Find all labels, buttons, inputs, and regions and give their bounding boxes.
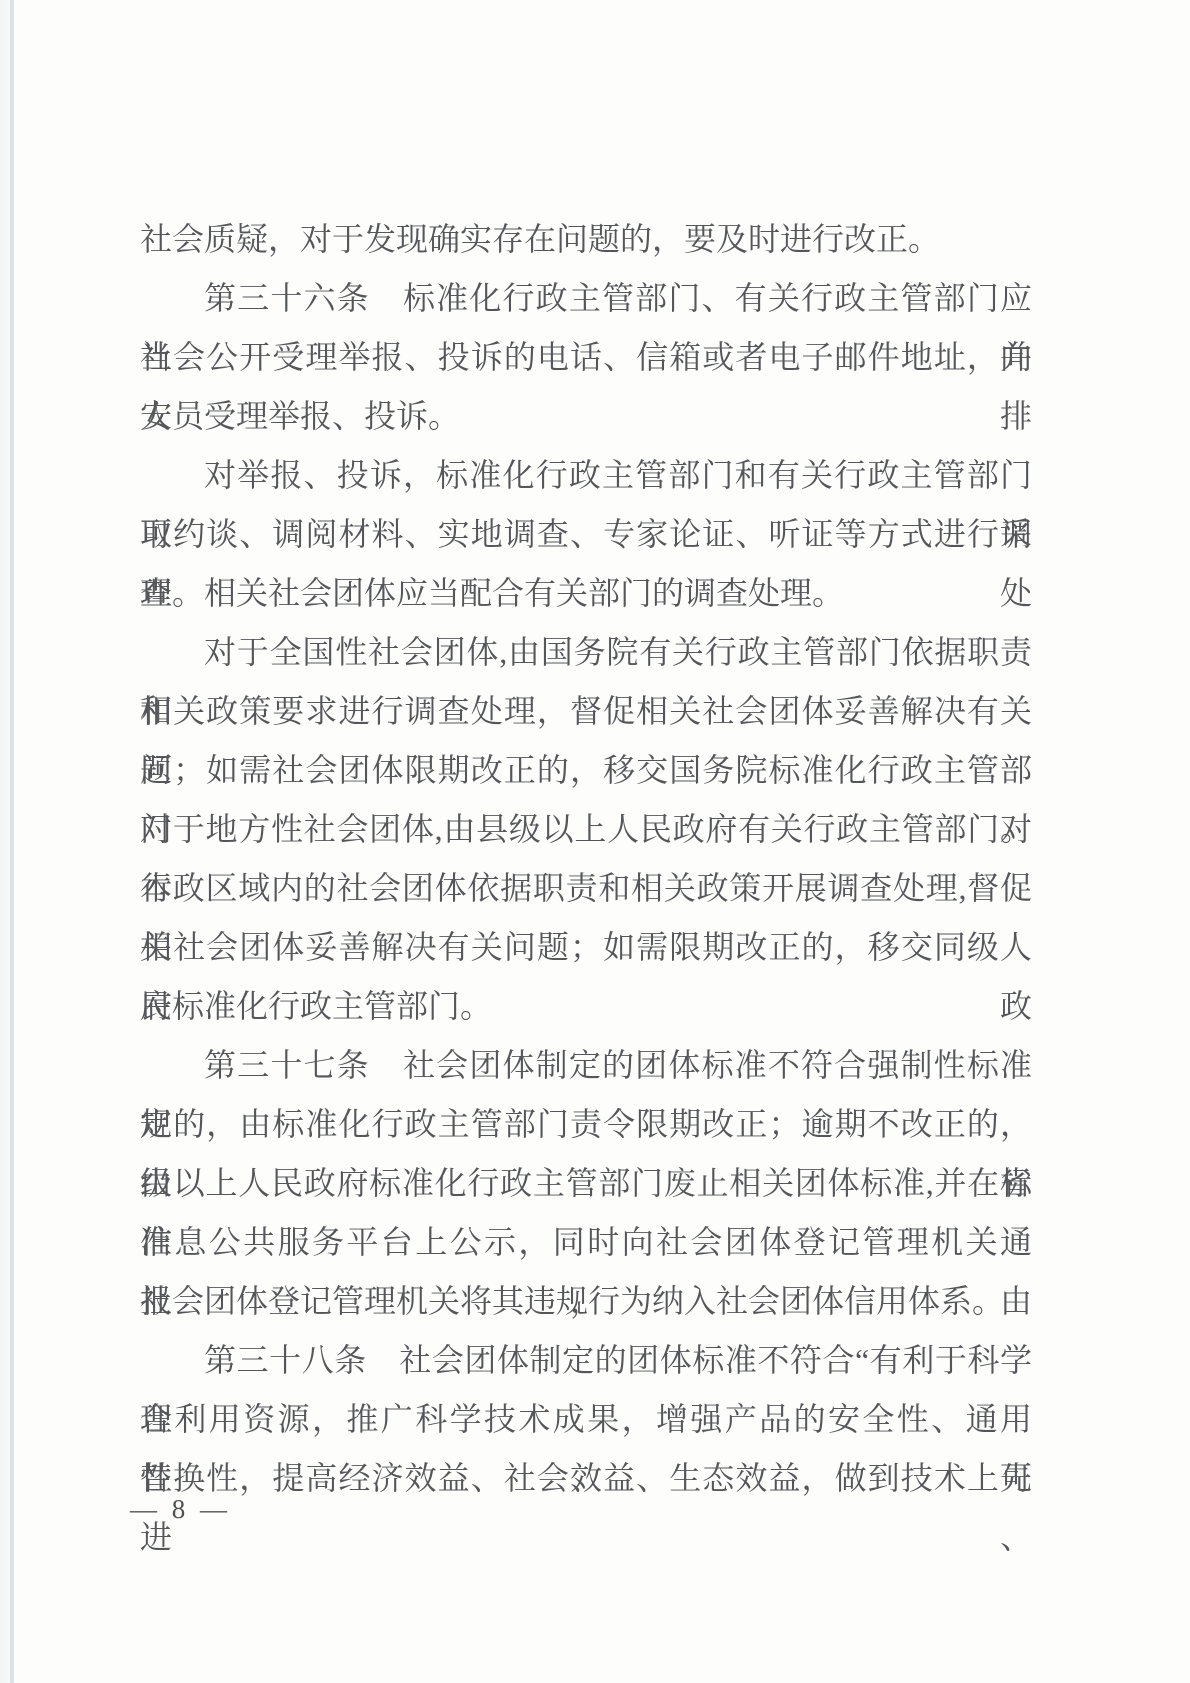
scanned-document-page: 社会质疑，对于发现确实存在问题的，要及时进行改正。 第三十六条 标准化行政主管部…: [0, 0, 1190, 1683]
text-line-article-36: 第三十六条 标准化行政主管部门、有关行政主管部门应当向: [140, 269, 1032, 328]
text-line: 理利用资源，推广科学技术成果，增强产品的安全性、通用性、可: [140, 1390, 1032, 1449]
text-line: 替换性，提高经济效益、社会效益、生态效益，做到技术上先进、: [140, 1449, 1032, 1508]
text-line: 行政区域内的社会团体依据职责和相关政策开展调查处理,督促相: [140, 859, 1032, 918]
text-line: 对举报、投诉，标准化行政主管部门和有关行政主管部门可采: [140, 446, 1032, 505]
text-line: 定的，由标准化行政主管部门责令限期改正；逾期不改正的，由省: [140, 1095, 1032, 1154]
text-line: 取约谈、调阅材料、实地调查、专家论证、听证等方式进行调查处: [140, 505, 1032, 564]
text-line-article-37: 第三十七条 社会团体制定的团体标准不符合强制性标准规: [140, 1036, 1032, 1095]
text-line: 关社会团体妥善解决有关问题；如需限期改正的，移交同级人民政: [140, 918, 1032, 977]
text-line: 级以上人民政府标准化行政主管部门废止相关团体标准,并在标准: [140, 1154, 1032, 1213]
text-line: 社会公开受理举报、投诉的电话、信箱或者电子邮件地址，并安排: [140, 328, 1032, 387]
scan-edge-line-artifact: [10, 0, 14, 1683]
document-body-text: 社会质疑，对于发现确实存在问题的，要及时进行改正。 第三十六条 标准化行政主管部…: [140, 210, 1032, 1508]
text-line: 对于全国性社会团体,由国务院有关行政主管部门依据职责和: [140, 623, 1032, 682]
text-line: 信息公共服务平台上公示，同时向社会团体登记管理机关通报，由: [140, 1213, 1032, 1272]
page-number: — 8 —: [130, 1492, 231, 1526]
text-line: 相关政策要求进行调查处理，督促相关社会团体妥善解决有关问: [140, 682, 1032, 741]
text-line: 社会质疑，对于发现确实存在问题的，要及时进行改正。: [140, 210, 1032, 269]
text-line: 题；如需社会团体限期改正的，移交国务院标准化行政主管部门。: [140, 741, 1032, 800]
text-line-article-38: 第三十八条 社会团体制定的团体标准不符合“有利于科学合: [140, 1331, 1032, 1390]
text-line: 社会团体登记管理机关将其违规行为纳入社会团体信用体系。: [140, 1272, 1032, 1331]
text-line: 对于地方性社会团体,由县级以上人民政府有关行政主管部门对本: [140, 800, 1032, 859]
